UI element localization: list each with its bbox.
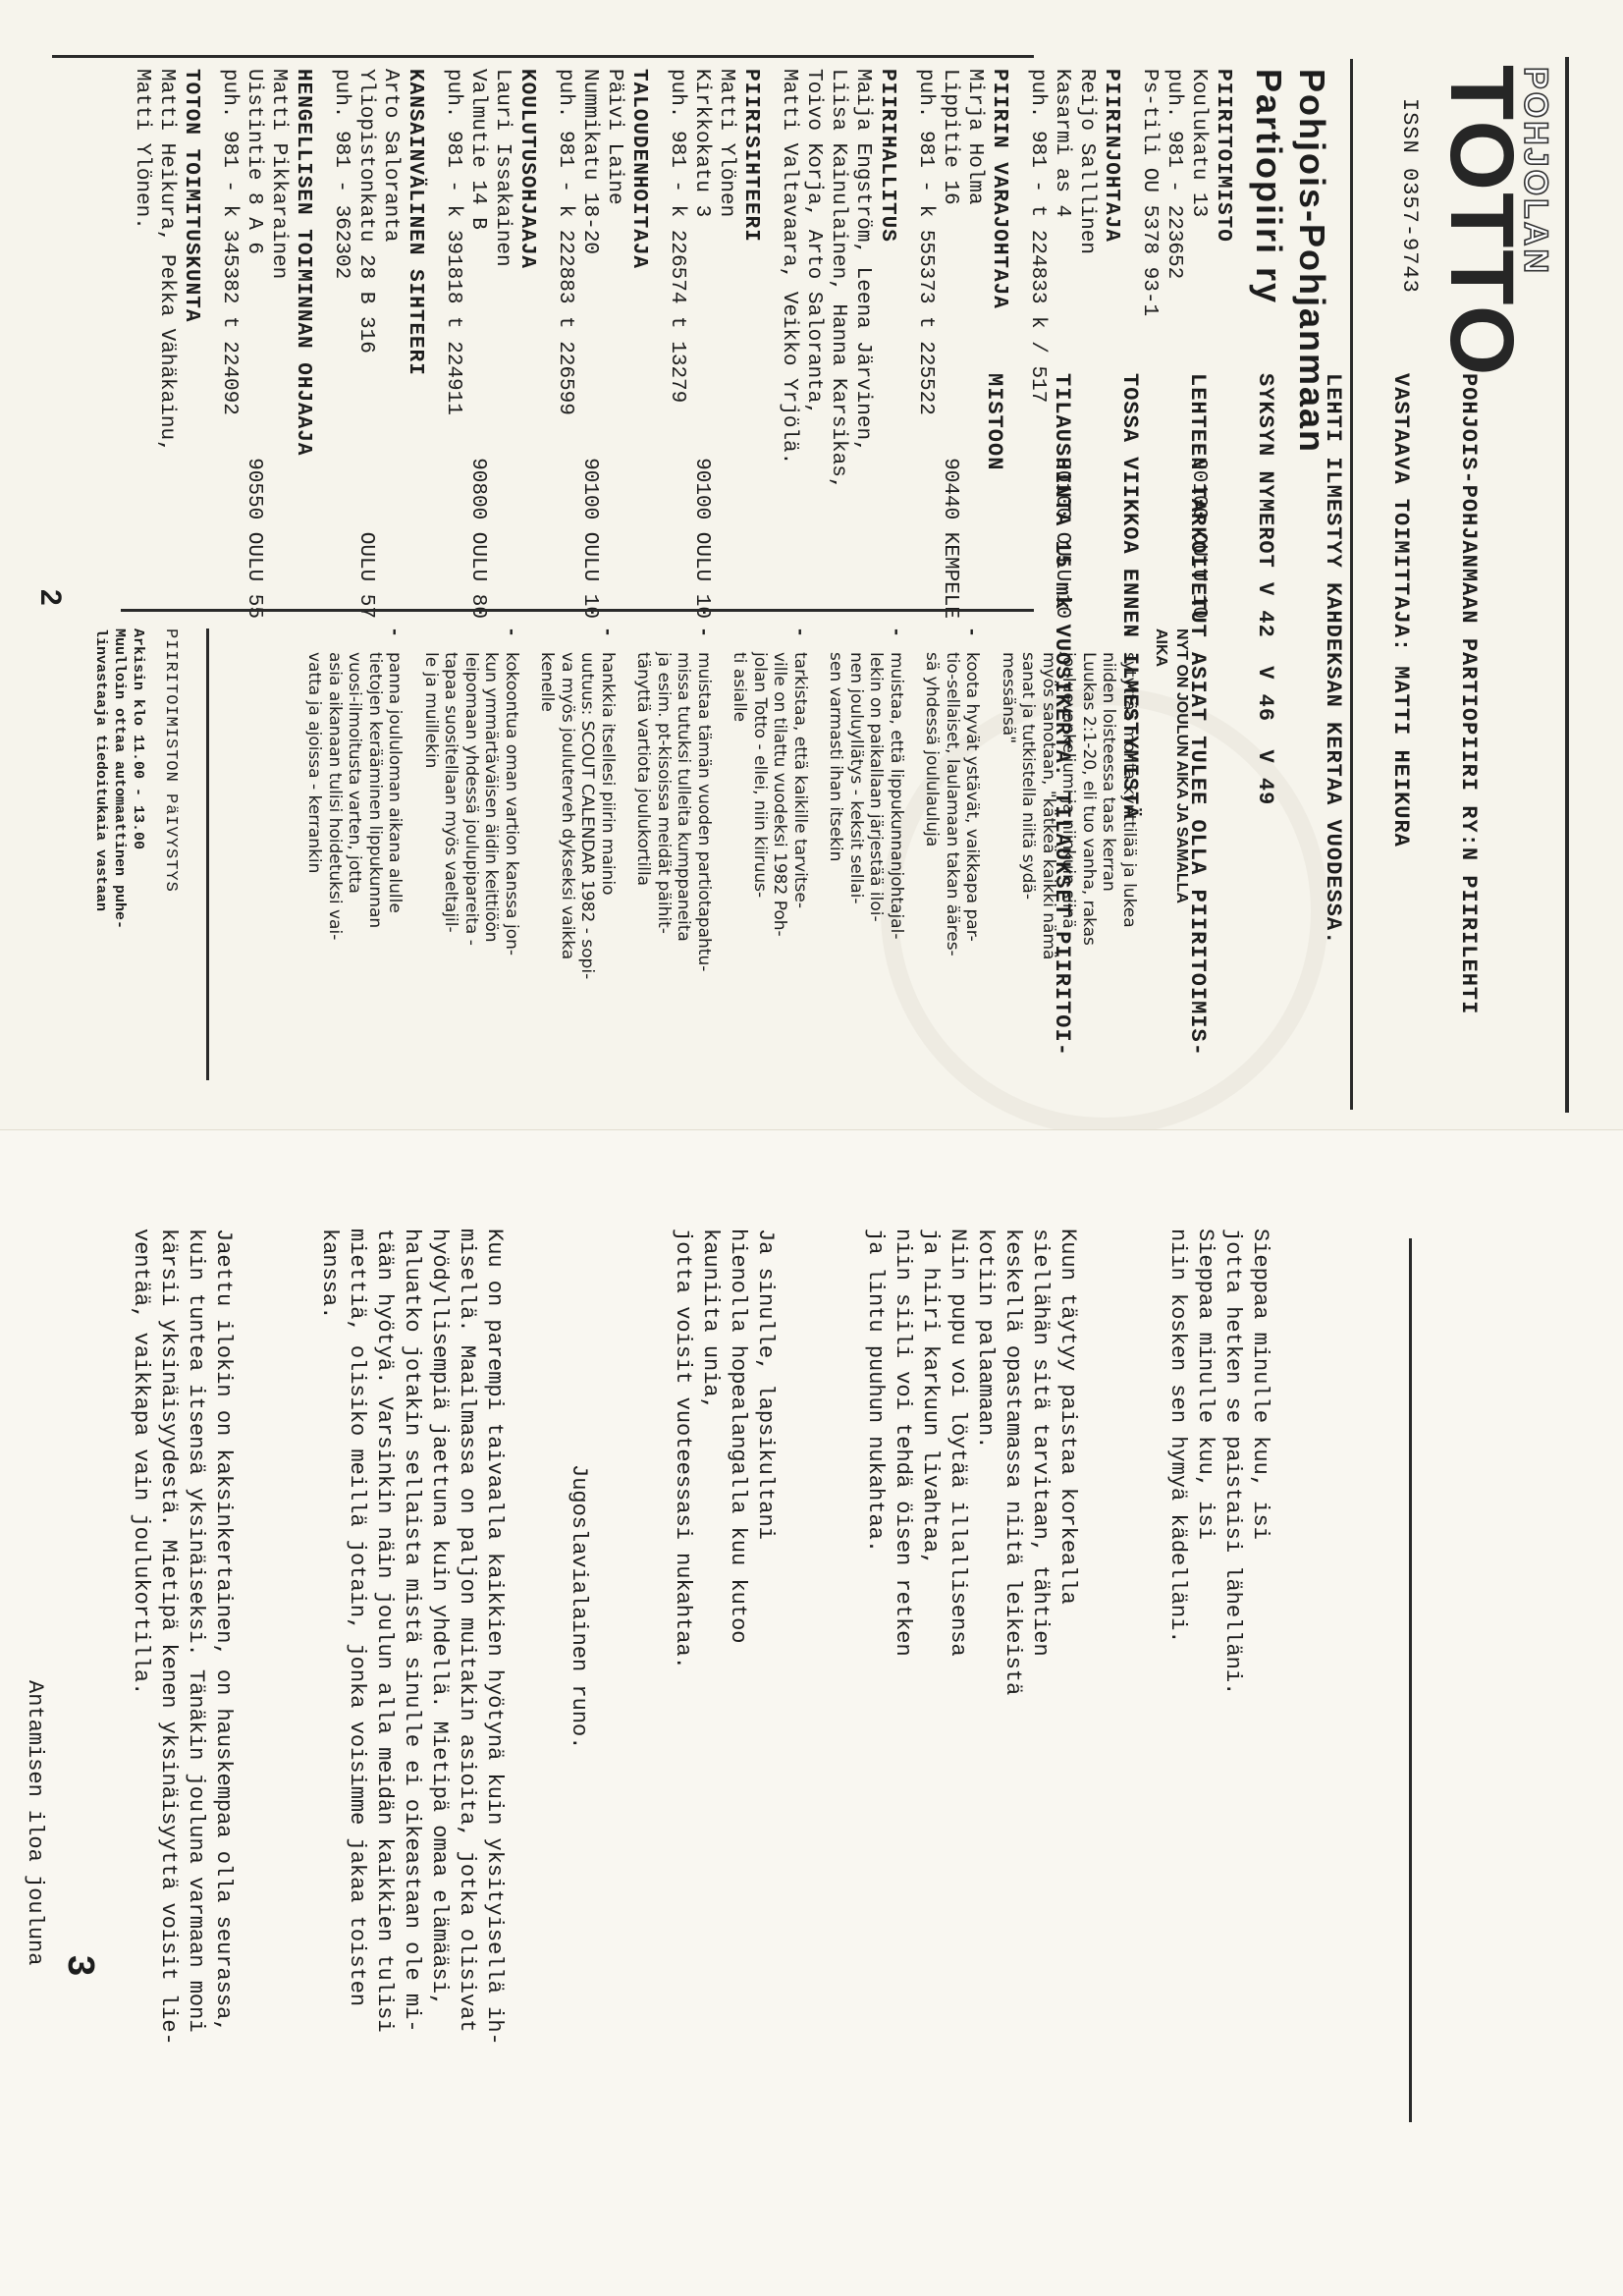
directory-text: Lauri Issakainen bbox=[490, 69, 514, 267]
top-rule bbox=[1565, 57, 1569, 1113]
directory-text: Päivi Laine bbox=[602, 69, 626, 205]
directory-heading: PIIRIN VARAJOHTAJA bbox=[987, 69, 1011, 619]
directory-heading: KOULUTUSOHJAAJA bbox=[514, 69, 539, 619]
essay-closing: Antamisen iloa jouluna bbox=[21, 1229, 48, 2171]
dash-bullet-icon: - bbox=[999, 629, 1140, 652]
directory-section: KANSAINVÄLINEN SIHTEERIArto SalorantaYli… bbox=[329, 69, 427, 619]
christmas-checklist: NYT ON JOULUN AIKA JA SAMALLA AIKA -syty… bbox=[289, 629, 1191, 1090]
magazine-spread: POHJOLAN TOTTO ISSN 0357-9743 POHJOIS-PO… bbox=[0, 0, 1623, 2296]
directory-text: Matti Ylönen. bbox=[130, 69, 154, 230]
masthead-divider bbox=[1350, 59, 1353, 1110]
directory-line: Arto Saloranta bbox=[378, 69, 403, 619]
dash-bullet-icon: - bbox=[421, 629, 522, 652]
directory-line: puh. 981 - k 391818 t 224911 bbox=[441, 69, 465, 619]
christmas-item: -muistaa tämän vuoden partiotapahtu- mis… bbox=[633, 629, 714, 1090]
directory-line: Mirja Holma bbox=[962, 69, 987, 619]
directory-text: Reijo Salllinen bbox=[1074, 69, 1099, 254]
christmas-item-text: muistaa, että lippukunnanjohtajal- lekin… bbox=[826, 652, 906, 939]
org-title-line1: Pohjois-Pohjanmaan bbox=[1290, 69, 1333, 454]
directory-text: puh. 981 - k 555373 t 225522 bbox=[913, 69, 938, 415]
directory-line: Matti Ylönen bbox=[714, 69, 738, 619]
directory-line: Päivi Laine bbox=[602, 69, 626, 619]
directory-text: Uistintie 8 A 6 bbox=[242, 69, 266, 254]
directory-postal: 90100 OULU 10 bbox=[1186, 458, 1211, 619]
office-hours-line: linvastaaja tiedoitukaia vastaan bbox=[91, 629, 110, 1090]
directory-text: puh. 981 - k 391818 t 224911 bbox=[441, 69, 465, 415]
christmas-heading: NYT ON JOULUN AIKA JA SAMALLA AIKA bbox=[1151, 629, 1191, 1090]
directory-text: Nummikatu 18-20 bbox=[577, 69, 602, 254]
directory-text: puh. 981 - k 226574 t 13279 bbox=[665, 69, 689, 403]
directory-text: puh. 981 - 362302 bbox=[329, 69, 353, 279]
directory-text: Ps-tili OU 5378 93-1 bbox=[1137, 69, 1162, 316]
hours-divider bbox=[206, 629, 209, 1080]
christmas-item-text: kokoontua oman vartion kanssa jon- kun y… bbox=[421, 652, 522, 956]
column-divider bbox=[121, 609, 1034, 612]
directory-section: PIIRIN VARAJOHTAJAMirja HolmaLippitie 16… bbox=[913, 69, 1011, 619]
essay-paragraph: Kuu on parempi taivaalla kaikkien hyötyn… bbox=[315, 1229, 508, 2171]
directory-line: Matti Ylönen. bbox=[130, 69, 154, 619]
directory-heading: KANSAINVÄLINEN SIHTEERI bbox=[403, 69, 427, 619]
poem-stanza: Ja sinulle, lapsikultani hienolla hopeal… bbox=[669, 1229, 779, 2112]
christmas-item-text: hankkia itsellesi piirin mainio uutuus: … bbox=[537, 652, 618, 979]
christmas-item-text: sytyttää monta kynttilää ja lukea niiden… bbox=[999, 652, 1140, 959]
directory-text: Mirja Holma bbox=[962, 69, 987, 205]
directory-section: PIIRISIHTEERIMatti YlönenKirkkokatu 3901… bbox=[665, 69, 763, 619]
directory-line: puh. 981 - 223652 bbox=[1162, 69, 1186, 619]
contact-directory: PIIRITOIMISTOKoulukatu 1390100 OULU 10pu… bbox=[116, 69, 1235, 619]
directory-line: Lauri Issakainen bbox=[490, 69, 514, 619]
directory-text: Matti Heikura, Pekka Vähäkainu, bbox=[154, 69, 179, 453]
directory-section: HENGELLISEN TOIMINNAN OHJAAJAMatti Pikka… bbox=[217, 69, 315, 619]
directory-text: Valmutie 14 B bbox=[465, 69, 490, 230]
office-hours-line: Muulloin ottaa automaattinen puhe- bbox=[110, 629, 129, 1090]
christmas-item: -muistaa, että lippukunnanjohtajal- leki… bbox=[826, 629, 906, 1090]
directory-line: puh. 981 - k 222883 t 226599 bbox=[553, 69, 577, 619]
page-3: Sieppaa minulle kuu, isi jotta hetken se… bbox=[0, 1129, 1623, 2296]
directory-text: Koulukatu 13 bbox=[1186, 69, 1211, 217]
dash-bullet-icon: - bbox=[730, 629, 810, 652]
directory-line: Lippitie 1690440 KEMPELE bbox=[938, 69, 962, 619]
poem: Sieppaa minulle kuu, isi jotta hetken se… bbox=[510, 1229, 1328, 2112]
directory-text: puh. 981 - k 222883 t 226599 bbox=[553, 69, 577, 415]
directory-postal: 90100 OULU 10 bbox=[577, 458, 602, 619]
directory-text: Toivo Korja, Arto Saloranta, bbox=[801, 69, 826, 415]
dash-bullet-icon: - bbox=[537, 629, 618, 652]
directory-postal: 90550 OULU 55 bbox=[242, 458, 266, 619]
office-hours-heading: PIIRITOIMISTON PäIVYSTYS bbox=[161, 629, 180, 1090]
directory-line: Kirkkokatu 390100 OULU 10 bbox=[689, 69, 714, 619]
office-hours: PIIRITOIMISTON PäIVYSTYS Arkisin klo 11.… bbox=[91, 629, 180, 1090]
colophon-line: LEHTI ILMESTYY KAHDEKSAN KERTAA VUODESSA… bbox=[1322, 373, 1344, 1057]
organization-title: Pohjois-Pohjanmaan Partiopiiri ry bbox=[1247, 69, 1333, 454]
directory-text: puh. 981 - k 345382 t 224092 bbox=[217, 69, 242, 415]
dash-bullet-icon: - bbox=[304, 629, 406, 652]
directory-heading: TOTON TOIMITUSKUNTA bbox=[179, 69, 203, 619]
christmas-item-text: muistaa tämän vuoden partiotapahtu- miss… bbox=[633, 652, 714, 971]
directory-line: Matti Pikkarainen bbox=[266, 69, 291, 619]
dash-bullet-icon: - bbox=[633, 629, 714, 652]
christmas-item: -kokoontua oman vartion kanssa jon- kun … bbox=[421, 629, 522, 1090]
directory-section: KOULUTUSOHJAAJALauri IssakainenValmutie … bbox=[441, 69, 539, 619]
directory-heading: PIIRIHALLITUS bbox=[875, 69, 899, 619]
directory-postal: 90100 OULU 10 bbox=[1050, 458, 1074, 619]
christmas-item: -tarkistaa, että kaikille tarvitse- vill… bbox=[730, 629, 810, 1090]
directory-text: Lippitie 16 bbox=[938, 69, 962, 205]
poem-stanza: Sieppaa minulle kuu, isi jotta hetken se… bbox=[1163, 1229, 1273, 2112]
directory-section: PIIRINJOHTAJAReijo SalllinenKasarmi as 4… bbox=[1025, 69, 1123, 619]
left-margin-rule bbox=[52, 55, 1034, 58]
directory-text: Matti Ylönen bbox=[714, 69, 738, 217]
directory-line: Koulukatu 1390100 OULU 10 bbox=[1186, 69, 1211, 619]
christmas-items: -sytyttää monta kynttilää ja lukea niide… bbox=[304, 629, 1139, 1090]
directory-section: PIIRITOIMISTOKoulukatu 1390100 OULU 10pu… bbox=[1137, 69, 1235, 619]
directory-line: Nummikatu 18-2090100 OULU 10 bbox=[577, 69, 602, 619]
directory-postal: 90800 OULU 80 bbox=[465, 458, 490, 619]
directory-line: Toivo Korja, Arto Saloranta, bbox=[801, 69, 826, 619]
directory-line: Valmutie 14 B90800 OULU 80 bbox=[465, 69, 490, 619]
colophon-line: VASTAAVA TOIMITTAJA: MATTI HEIKURA bbox=[1389, 373, 1412, 1057]
directory-heading: TALOUDENHOITAJA bbox=[626, 69, 651, 619]
directory-text: Yliopistonkatu 28 B 316 bbox=[353, 69, 378, 354]
christmas-item: -koota hyvät ystävät, vaikkapa par- tio-… bbox=[922, 629, 983, 1090]
directory-postal: 90440 KEMPELE bbox=[938, 458, 962, 619]
directory-line: Matti Heikura, Pekka Vähäkainu, bbox=[154, 69, 179, 619]
christmas-item: -sytyttää monta kynttilää ja lukea niide… bbox=[999, 629, 1140, 1090]
directory-line: Yliopistonkatu 28 B 316OULU 57 bbox=[353, 69, 378, 619]
page3-top-rule bbox=[1409, 1238, 1412, 2122]
christmas-item-text: tarkistaa, että kaikille tarvitse- ville… bbox=[730, 652, 810, 937]
page-2: POHJOLAN TOTTO ISSN 0357-9743 POHJOIS-PO… bbox=[0, 0, 1623, 1129]
colophon-line: SYKSYN NYMEROT V 42 V 46 V 49 bbox=[1254, 373, 1276, 1057]
masthead-title: TOTTO bbox=[1436, 65, 1527, 377]
christmas-item-text: panna joululoman aikana alulle tietojen … bbox=[304, 652, 406, 940]
directory-text: Maija Engström, Leena Järvinen, bbox=[850, 69, 875, 453]
dash-bullet-icon: - bbox=[922, 629, 983, 652]
dash-bullet-icon: - bbox=[826, 629, 906, 652]
directory-line: Liisa Kainulainen, Hanna Karsikas, bbox=[826, 69, 850, 619]
directory-section: TOTON TOIMITUSKUNTAMatti Heikura, Pekka … bbox=[130, 69, 203, 619]
poem-attribution: Jugoslavialainen runo. bbox=[565, 1229, 592, 2112]
directory-line: puh. 981 - 362302 bbox=[329, 69, 353, 619]
essay: Kuu on parempi taivaalla kaikkien hyötyn… bbox=[0, 1229, 563, 2171]
directory-line: Matti Valtavaara, Veikko Yrjölä. bbox=[777, 69, 801, 619]
directory-line: Maija Engström, Leena Järvinen, bbox=[850, 69, 875, 619]
directory-heading: PIIRINJOHTAJA bbox=[1099, 69, 1123, 619]
page-number-right: 3 bbox=[59, 1955, 101, 1976]
directory-postal: OULU 57 bbox=[353, 532, 378, 619]
page-number-left: 2 bbox=[33, 589, 67, 606]
org-title-line2: Partiopiiri ry bbox=[1247, 69, 1290, 454]
directory-line: puh. 981 - t 224833 k / 517 bbox=[1025, 69, 1050, 619]
directory-text: Matti Pikkarainen bbox=[266, 69, 291, 279]
poem-stanza: Kuun täytyy paistaa korkealla siellähän … bbox=[861, 1229, 1081, 2112]
directory-line: Uistintie 8 A 690550 OULU 55 bbox=[242, 69, 266, 619]
directory-text: Matti Valtavaara, Veikko Yrjölä. bbox=[777, 69, 801, 465]
directory-text: puh. 981 - t 224833 k / 517 bbox=[1025, 69, 1050, 403]
directory-postal: 90100 OULU 10 bbox=[689, 458, 714, 619]
directory-line: Kasarmi as 490100 OULU 10 bbox=[1050, 69, 1074, 619]
directory-text: Kasarmi as 4 bbox=[1050, 69, 1074, 217]
directory-section: PIIRIHALLITUSMaija Engström, Leena Järvi… bbox=[777, 69, 899, 619]
directory-line: puh. 981 - k 345382 t 224092 bbox=[217, 69, 242, 619]
directory-text: Liisa Kainulainen, Hanna Karsikas, bbox=[826, 69, 850, 489]
directory-text: puh. 981 - 223652 bbox=[1162, 69, 1186, 279]
christmas-item: -panna joululoman aikana alulle tietojen… bbox=[304, 629, 406, 1090]
directory-heading: PIIRITOIMISTO bbox=[1211, 69, 1235, 619]
christmas-item: -hankkia itsellesi piirin mainio uutuus:… bbox=[537, 629, 618, 1090]
directory-line: puh. 981 - k 555373 t 225522 bbox=[913, 69, 938, 619]
directory-line: Ps-tili OU 5378 93-1 bbox=[1137, 69, 1162, 619]
office-hours-line: Arkisin klo 11.00 - 13.00 bbox=[129, 629, 147, 1090]
directory-line: Reijo Salllinen bbox=[1074, 69, 1099, 619]
colophon-line: POHJOIS-POHJANMAAN PARTIOPIIRI RY:N PIIR… bbox=[1457, 373, 1480, 1057]
directory-line: puh. 981 - k 226574 t 13279 bbox=[665, 69, 689, 619]
directory-section: TALOUDENHOITAJAPäivi LaineNummikatu 18-2… bbox=[553, 69, 651, 619]
directory-text: Kirkkokatu 3 bbox=[689, 69, 714, 217]
christmas-item-text: koota hyvät ystävät, vaikkapa par- tio-s… bbox=[922, 652, 983, 957]
essay-paragraph: Jaettu ilokin on kaksinkertainen, on hau… bbox=[127, 1229, 237, 2171]
directory-text: Arto Saloranta bbox=[378, 69, 403, 242]
directory-heading: HENGELLISEN TOIMINNAN OHJAAJA bbox=[291, 69, 315, 619]
directory-heading: PIIRISIHTEERI bbox=[738, 69, 763, 619]
issn: ISSN 0357-9743 bbox=[1397, 98, 1422, 294]
